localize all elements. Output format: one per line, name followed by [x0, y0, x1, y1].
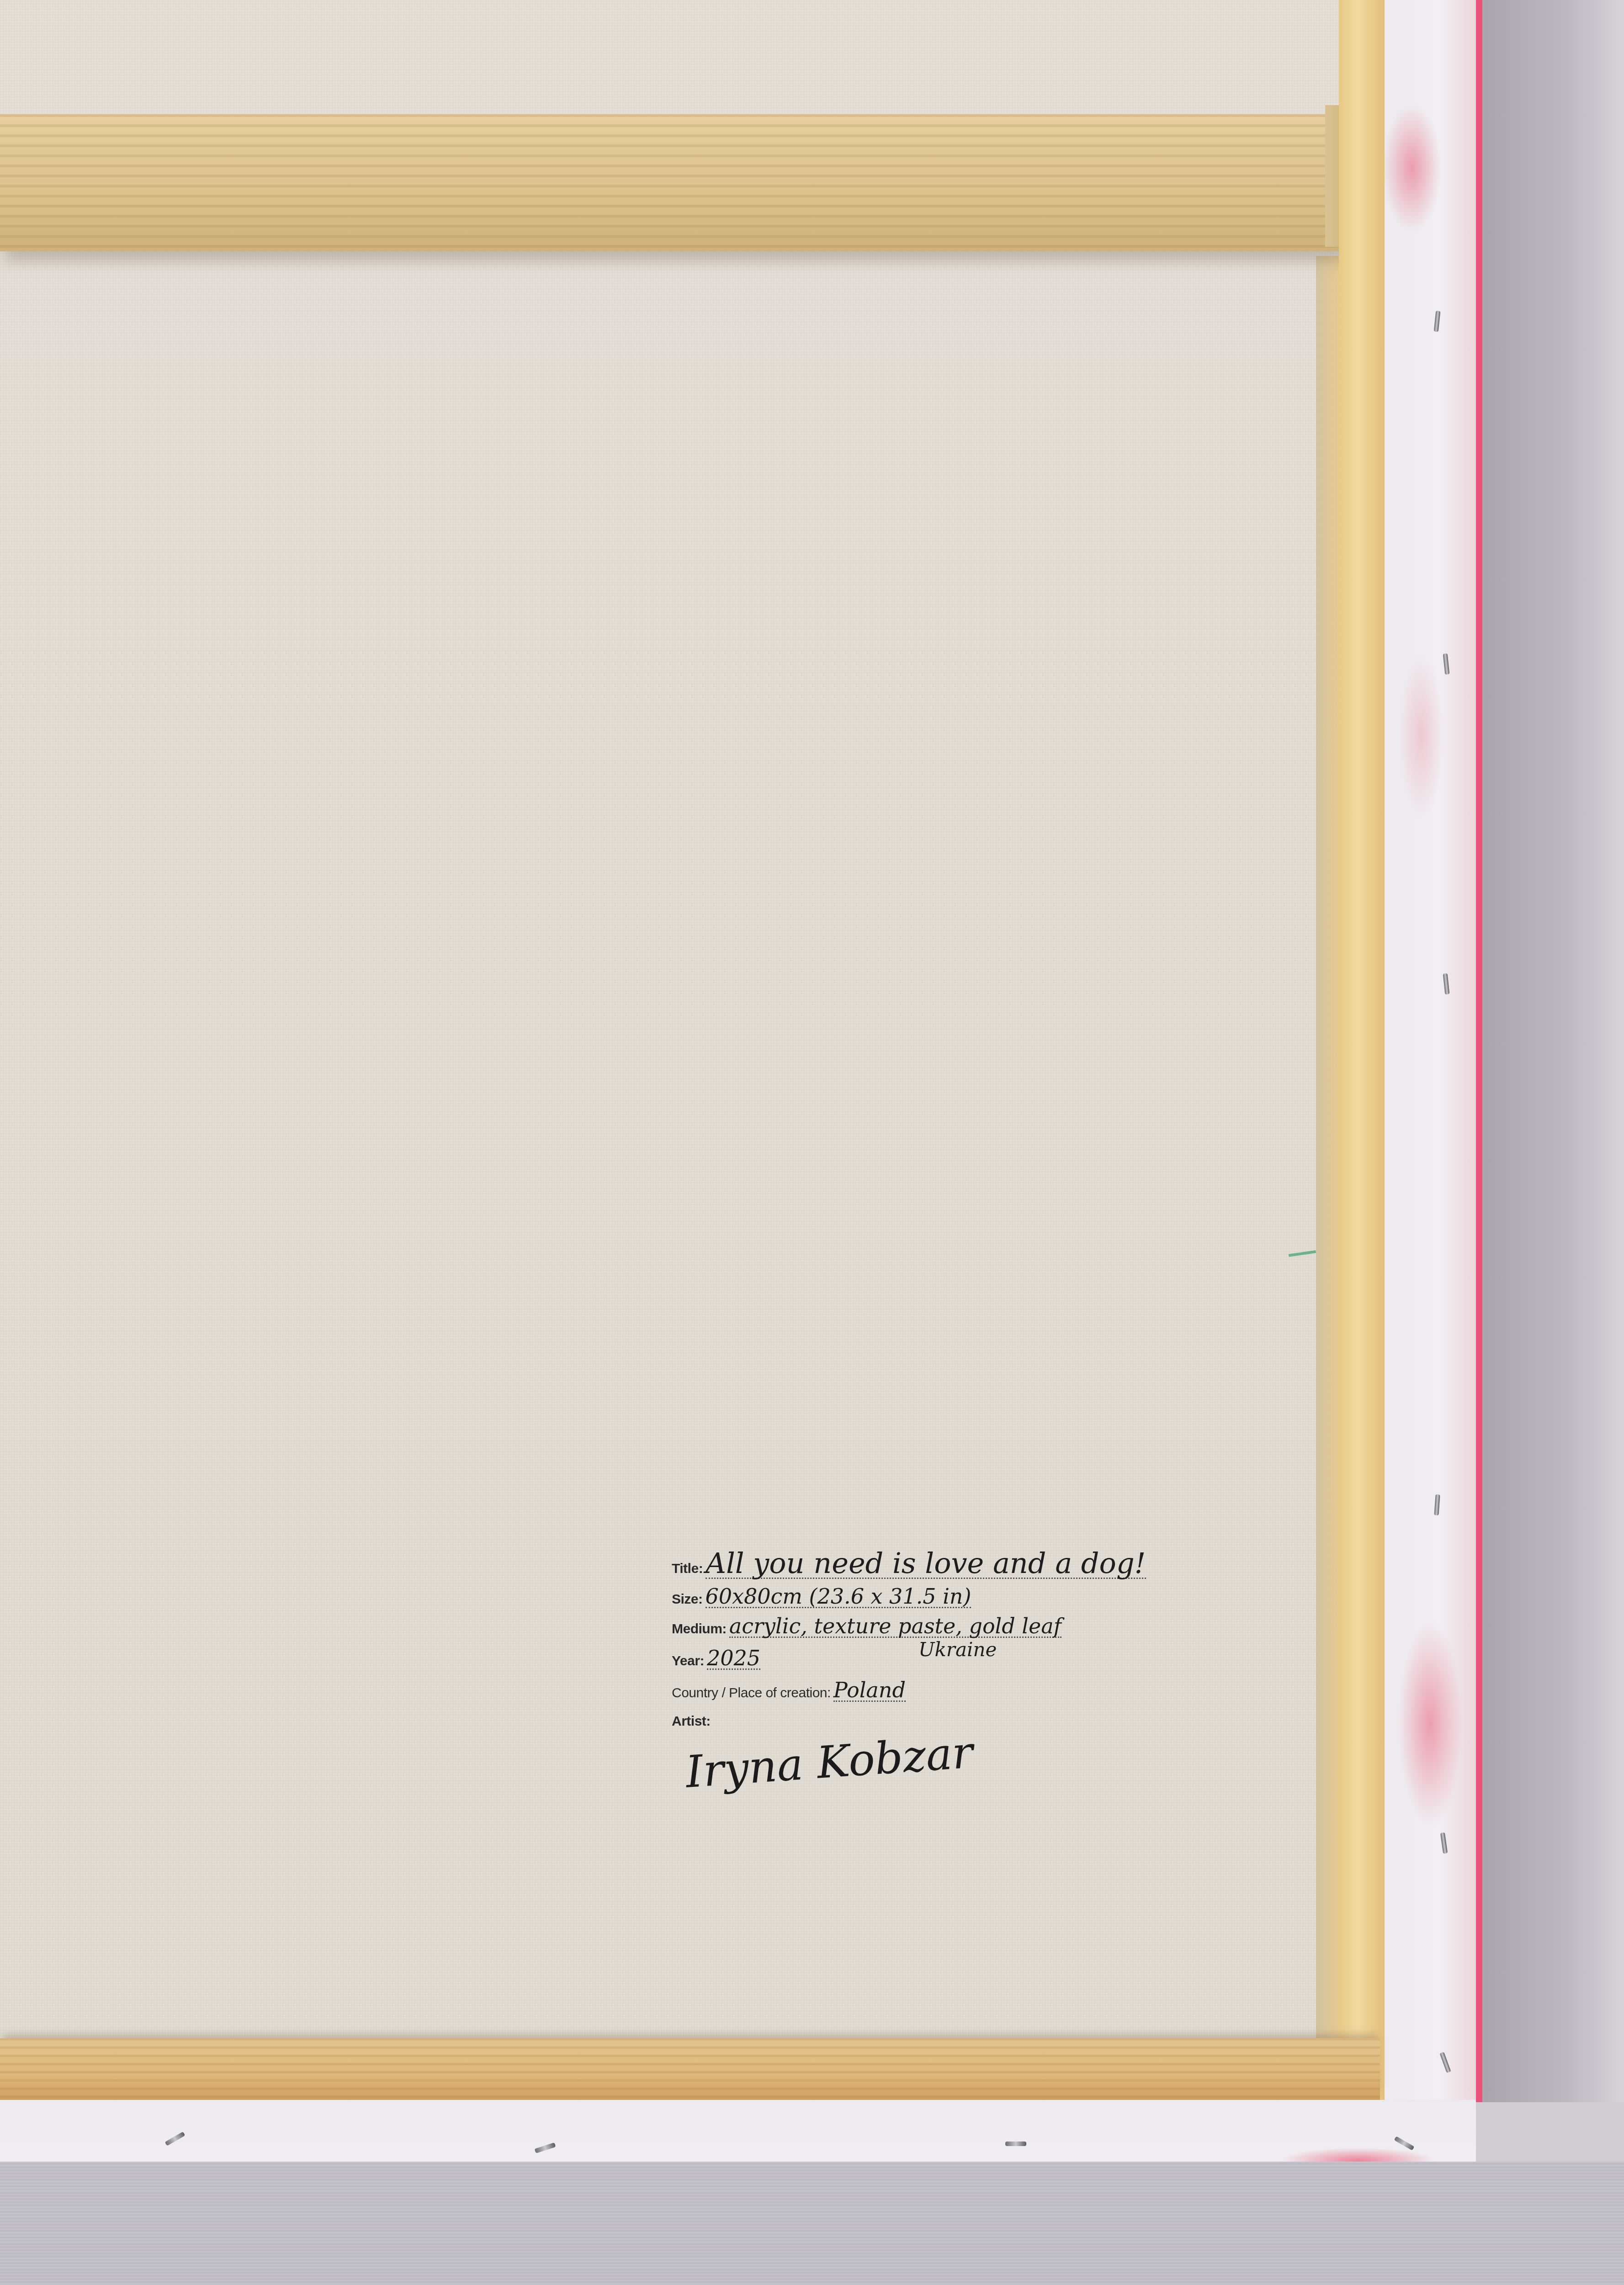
stretcher-bottom-bar: [0, 2038, 1380, 2100]
field-name-medium: Medium:: [672, 1621, 727, 1637]
field-value-medium: acrylic, texture paste, gold leaf: [729, 1615, 1061, 1638]
label-row-title: Title: All you need is love and a dog!: [672, 1549, 1146, 1579]
floor-surface: [0, 2162, 1624, 2285]
staple: [1005, 2142, 1026, 2146]
field-name-year: Year:: [672, 1653, 704, 1669]
field-value-country-above: Ukraine: [918, 1638, 997, 1661]
label-row-size: Size: 60x80cm (23.6 x 31.5 in): [672, 1586, 971, 1608]
artwork-label: Title: All you need is love and a dog! S…: [672, 1522, 1357, 1819]
field-value-size: 60x80cm (23.6 x 31.5 in): [706, 1586, 971, 1608]
field-name-title: Title:: [672, 1561, 703, 1577]
label-row-year: Year: 2025: [672, 1647, 760, 1670]
field-value-title: All you need is love and a dog!: [706, 1549, 1146, 1579]
field-name-artist: Artist:: [672, 1714, 711, 1729]
stretcher-crossbar: [0, 114, 1353, 251]
field-name-country: Country / Place of creation:: [672, 1685, 831, 1701]
artist-signature: Iryna Kobzar: [684, 1727, 975, 1798]
label-row-medium: Medium: acrylic, texture paste, gold lea…: [672, 1615, 1061, 1638]
label-row-country: Country / Place of creation: Poland: [672, 1679, 906, 1702]
field-name-size: Size:: [672, 1592, 703, 1607]
wall-shadow: [1482, 0, 1624, 2102]
canvas-edge-wrap-bottom: [0, 2100, 1476, 2162]
label-row-artist: Artist:: [672, 1714, 711, 1729]
canvas-edge-wrap-right: [1385, 0, 1482, 2102]
field-value-year: 2025: [707, 1647, 760, 1670]
field-value-country: Poland: [833, 1679, 906, 1702]
